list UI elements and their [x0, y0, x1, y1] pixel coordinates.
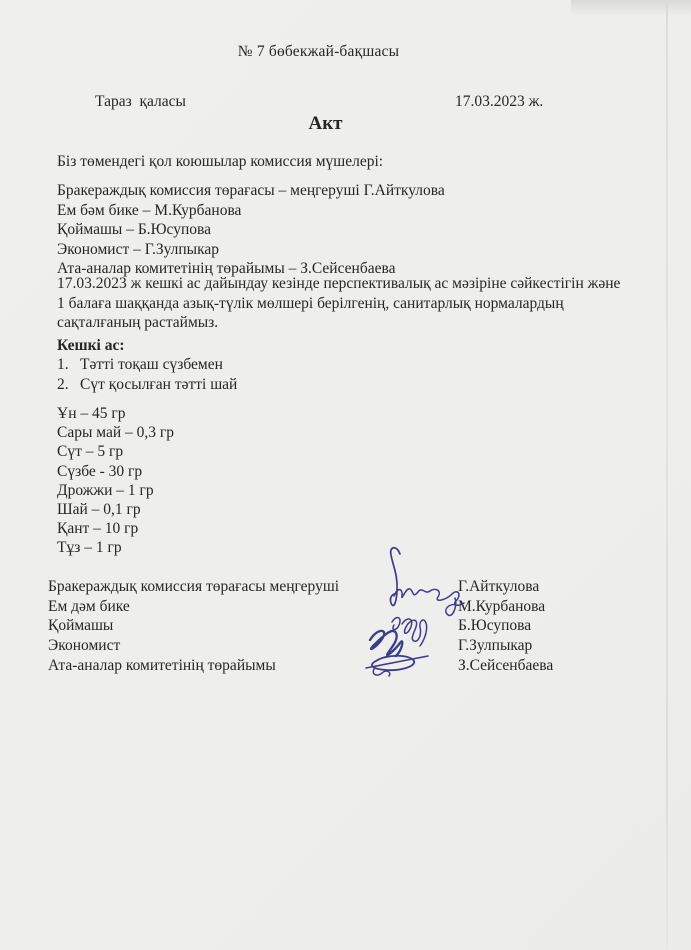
city-label: Тараз қаласы — [95, 92, 186, 112]
meal-item-number: 2. — [57, 375, 80, 395]
signature-ink-stroke — [446, 598, 456, 615]
statement-line: сақталғаның растаймыз. — [57, 313, 657, 333]
commission-member: Ем бәм бике – М.Курбанова — [57, 201, 445, 221]
commission-member: Бракераждық комиссия төрағасы – меңгеруш… — [57, 181, 445, 201]
scanned-act-document: № 7 бөбекжай-бақшасы Тараз қаласы 17.03.… — [0, 0, 691, 950]
ingredient-line: Сары май – 0,3 гр — [57, 423, 174, 442]
document-date: 17.03.2023 ж. — [455, 92, 543, 112]
meal-item: 2.Сүт қосылған тәтті шай — [57, 375, 237, 395]
ingredient-line: Ұн – 45 гр — [57, 404, 174, 423]
intro-line: Біз төмендегі қол коюшылар комиссия мүше… — [57, 152, 383, 172]
signature-ink-stroke — [392, 618, 400, 630]
signature-ink-stroke — [402, 619, 427, 646]
ingredient-line: Сүзбе - 30 гр — [57, 462, 174, 481]
meal-item: 1.Тәтті тоқаш сүзбемен — [57, 355, 237, 375]
handwritten-signatures-ink — [358, 543, 483, 678]
ingredient-line: Сүт – 5 гр — [57, 442, 174, 461]
statement-line: 17.03.2023 ж кешкі ас дайындау кезінде п… — [57, 274, 657, 294]
meal-item-text: Тәтті тоқаш сүзбемен — [80, 356, 223, 373]
signature-row: Бракераждық комиссия төрағасы меңгеруші … — [48, 577, 651, 597]
signature-ink-stroke — [394, 589, 464, 605]
commission-member: Экономист – Г.Зулпыкар — [57, 240, 445, 260]
meal-list: 1.Тәтті тоқаш сүзбемен 2.Сүт қосылған тә… — [57, 355, 237, 394]
ingredient-line: Тұз – 1 гр — [57, 538, 174, 557]
commission-member: Қоймашы – Б.Юсупова — [57, 220, 445, 240]
commission-list: Бракераждық комиссия төрағасы – меңгеруш… — [57, 181, 445, 279]
statement-paragraph: 17.03.2023 ж кешкі ас дайындау кезінде п… — [57, 274, 657, 333]
signature-ink-stroke — [390, 548, 400, 606]
ingredient-line: Дрожжи – 1 гр — [57, 481, 174, 500]
meal-item-number: 1. — [57, 355, 80, 375]
meal-item-text: Сүт қосылған тәтті шай — [80, 376, 237, 393]
signature-row: Экономист Г.Зулпыкар — [48, 636, 651, 656]
kindergarten-title: № 7 бөбекжай-бақшасы — [0, 42, 637, 62]
ingredient-line: Шай – 0,1 гр — [57, 500, 174, 519]
scan-corner-shadow — [571, 0, 691, 16]
paper-fold-line — [666, 0, 668, 950]
ingredient-line: Қант – 10 гр — [57, 519, 174, 538]
ingredients-list: Ұн – 45 гр Сары май – 0,3 гр Сүт – 5 гр … — [57, 404, 174, 558]
signature-row: Ем дәм бике М.Курбанова — [48, 597, 651, 617]
signature-block: Бракераждық комиссия төрағасы меңгеруші … — [48, 577, 651, 676]
signature-ink-stroke — [370, 631, 402, 656]
act-heading: Акт — [0, 114, 651, 134]
statement-line: 1 балаға шаққанда азық-түлік мөлшері бер… — [57, 294, 657, 314]
signature-row: Қоймашы Б.Юсупова — [48, 616, 651, 636]
signature-row: Ата-аналар комитетінің төрайымы З.Сейсен… — [48, 656, 651, 676]
meal-heading: Кешкі ас: — [57, 336, 125, 356]
